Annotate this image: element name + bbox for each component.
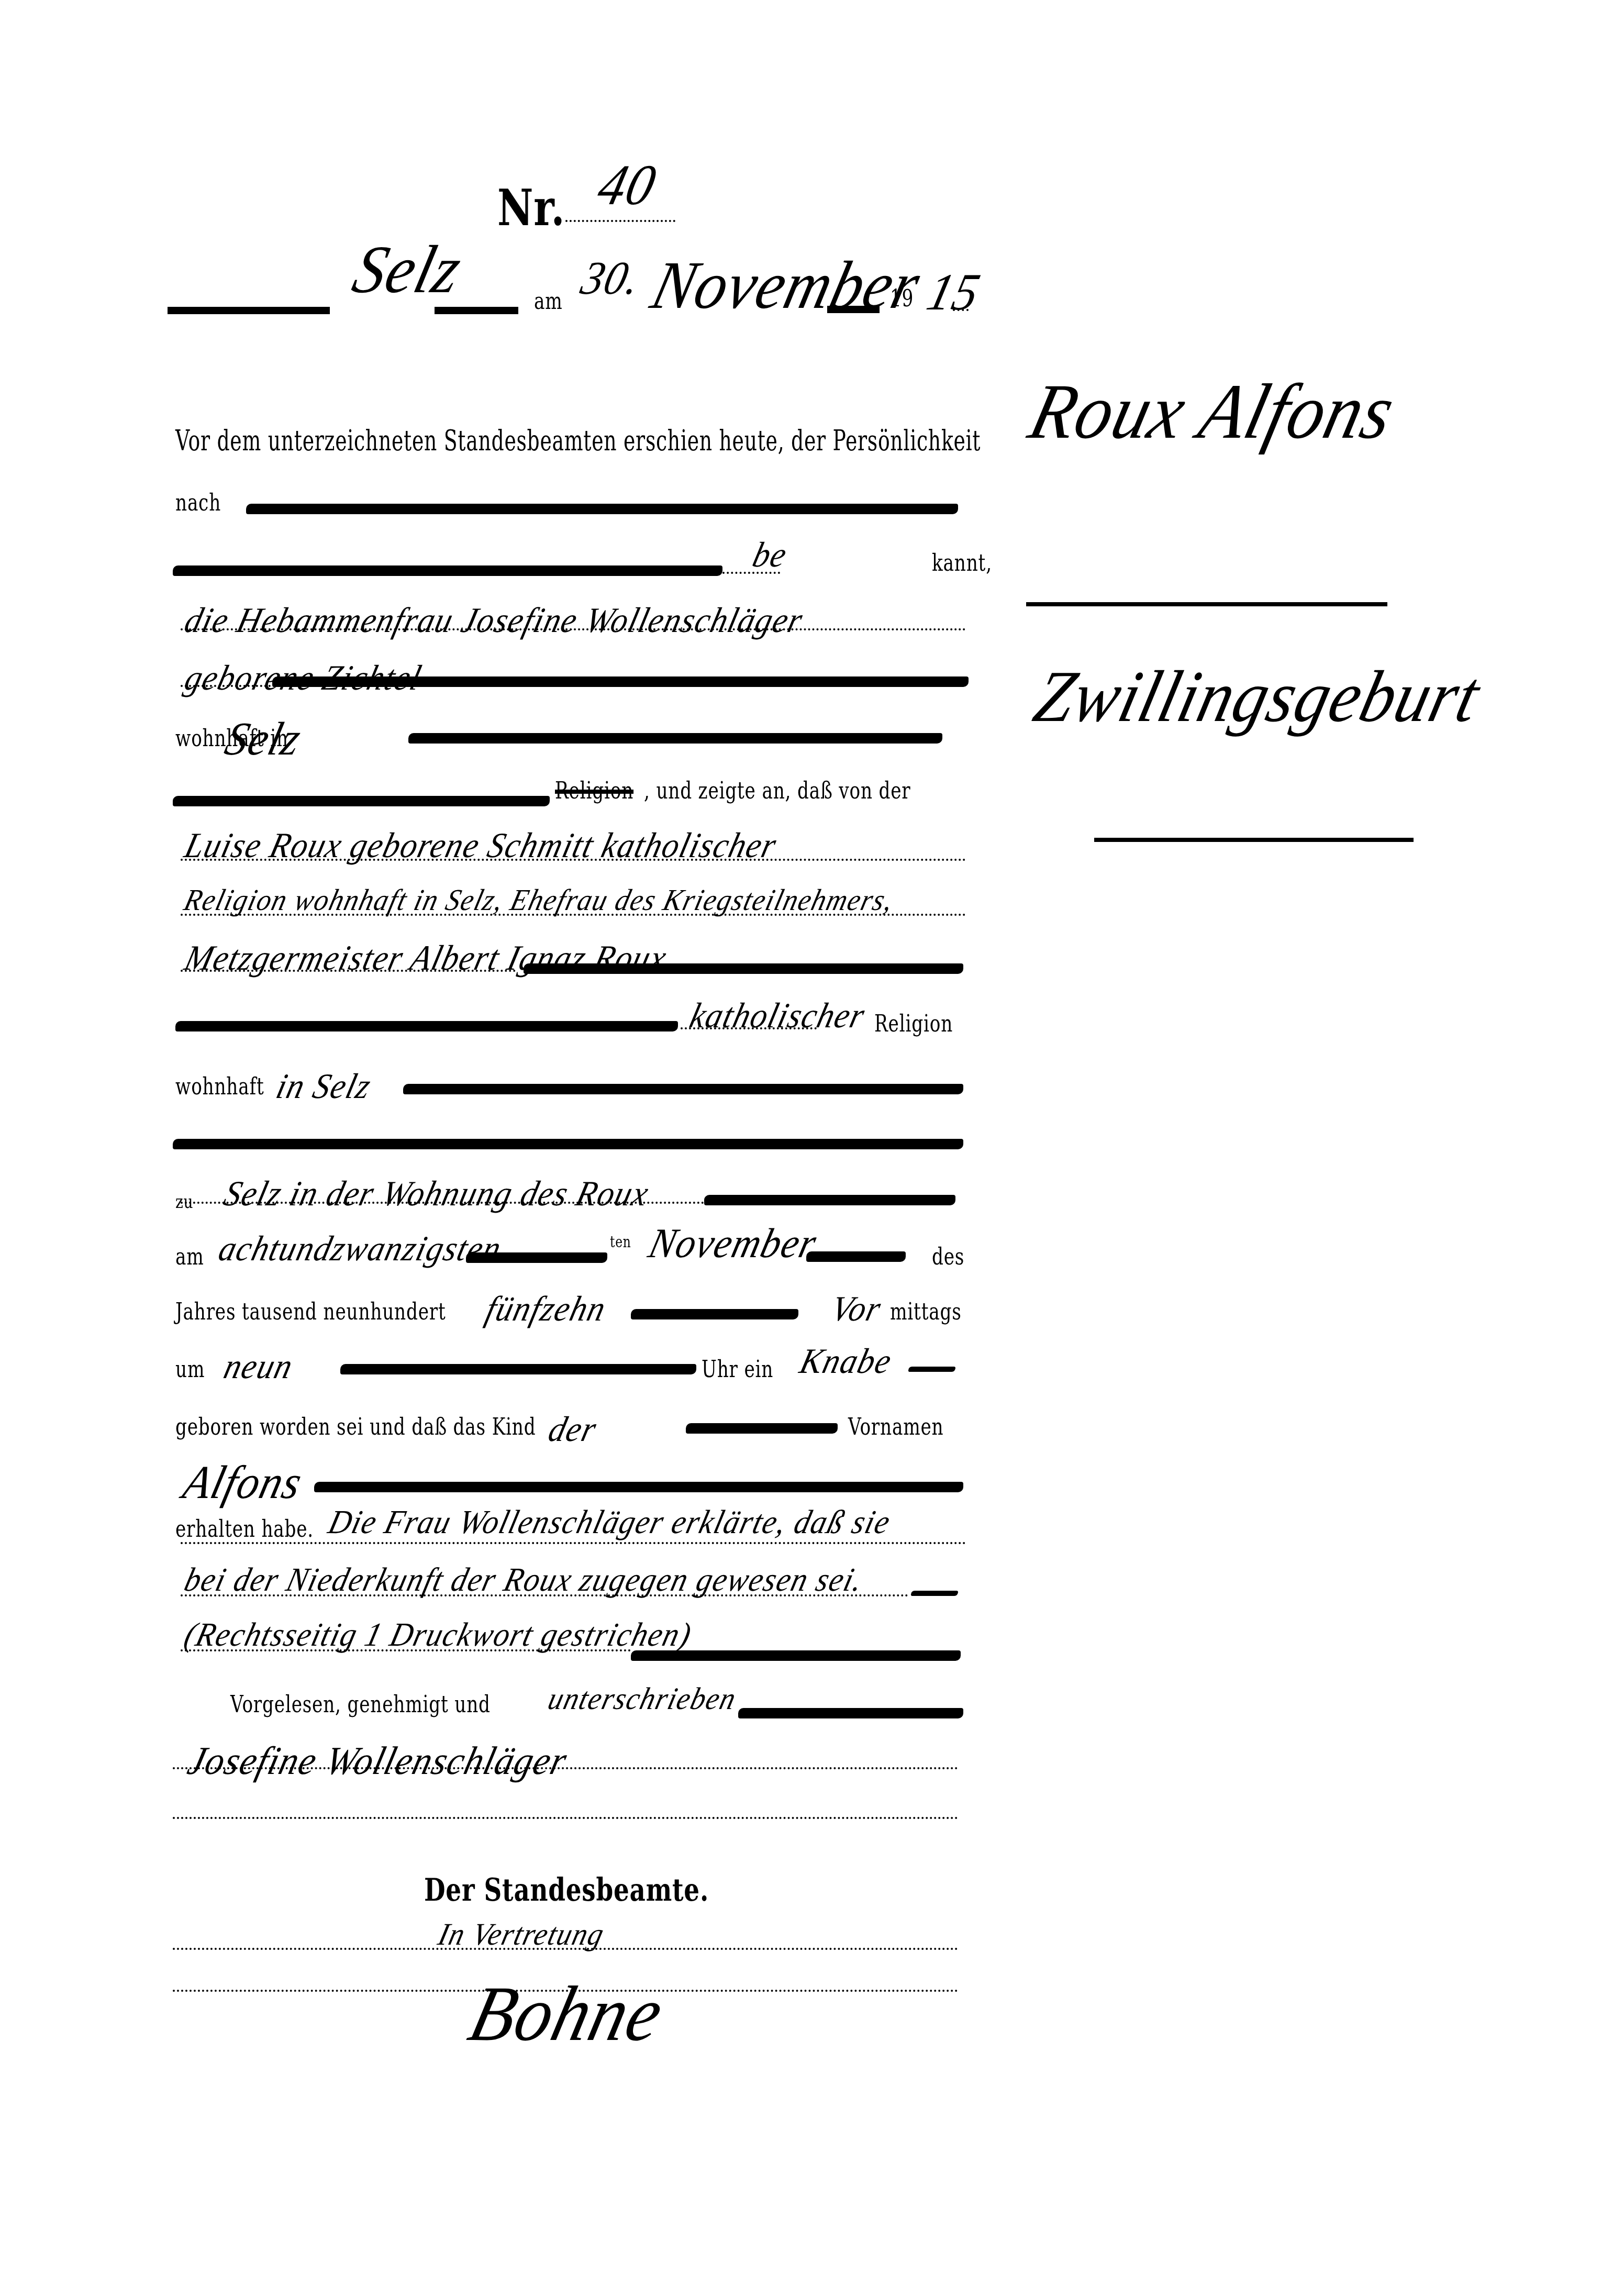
kind-value: der: [544, 1408, 602, 1450]
uhr-ein-label: Uhr ein: [702, 1356, 773, 1383]
signature-dotted-line-1: [173, 1767, 958, 1769]
nach-label: nach: [175, 490, 221, 516]
remark-line-3: (Rechtsseitig 1 Druckwort gestrichen): [181, 1615, 696, 1654]
given-name-cancel-bar: [314, 1482, 963, 1492]
number-dotted-line: [565, 220, 675, 222]
kannt-label: kannt,: [932, 550, 992, 576]
date-day: 30.: [576, 251, 647, 305]
remark-line-2: bei der Niederkunft der Roux zugegen gew…: [181, 1560, 867, 1599]
kannt-prefix: be: [749, 534, 792, 575]
gender-cancel-bar: [908, 1367, 955, 1372]
year-prefix: 19: [890, 285, 914, 312]
wohnhaft2-value: in Selz: [272, 1066, 376, 1107]
official-signature-line-1: In Vertretung: [435, 1916, 608, 1953]
nach-cancel-bar: [246, 504, 958, 514]
religion-label: Religion: [874, 1011, 953, 1037]
kind-cancel-bar: [686, 1423, 838, 1434]
year-dotted-line: [953, 309, 969, 311]
official-dotted-line-2: [173, 1990, 958, 1992]
des-label: des: [932, 1244, 964, 1270]
informant-line-1: die Hebammenfrau Josefine Wollenschläger: [181, 600, 808, 641]
geboren-label: geboren worden sei und daß das Kind: [175, 1414, 536, 1440]
zu-value: Selz in der Wohnung des Roux: [220, 1173, 653, 1214]
informant-dotted-line-1: [181, 628, 966, 630]
official-signature-line-2: Bohne: [461, 1969, 673, 2059]
margin-child-name: Roux Alfons: [1021, 367, 1404, 457]
informant-signature: Josefine Wollenschläger: [183, 1738, 572, 1784]
am-value: achtundzwanzigsten: [215, 1228, 506, 1269]
remark-line-1: Die Frau Wollenschläger erklärte, daß si…: [325, 1503, 895, 1541]
month-value: November: [644, 1220, 822, 1268]
father-religion-value: katholischer: [686, 995, 870, 1036]
wohnhaft-cancel-bar: [408, 733, 942, 744]
informant-cancel-bar: [272, 676, 969, 687]
given-name-value: Alfons: [178, 1456, 308, 1510]
header-rule-mid: [435, 307, 518, 314]
header-rule-left: [168, 307, 330, 314]
month-cancel-bar: [806, 1251, 906, 1262]
blank-line-cancel-bar: [173, 1139, 963, 1149]
vorgelesen-cancel-bar: [738, 1708, 963, 1718]
margin-rule-1: [1026, 602, 1387, 606]
jahres-label: Jahres tausend neunhundert: [175, 1299, 446, 1325]
erhalten-label: erhalten habe.: [175, 1516, 314, 1543]
mother-dotted-line-1: [181, 859, 966, 861]
official-dotted-line-1: [173, 1948, 958, 1950]
mother-cancel-bar: [524, 963, 963, 974]
um-cancel-bar: [340, 1364, 696, 1374]
kannt-cancel-bar: [173, 565, 722, 576]
mother-line-2: Religion wohnhaft in Selz, Ehefrau des K…: [181, 882, 898, 917]
religion-struck: Religion: [555, 778, 633, 804]
register-number-value: 40: [592, 152, 663, 218]
vornamen-label: Vornamen: [848, 1414, 943, 1440]
father-cancel-bar: [175, 1021, 678, 1031]
intro-line: Vor dem unterzeichneten Standesbeamten e…: [175, 424, 981, 457]
remark-dotted-line-3: [181, 1649, 631, 1651]
vorgelesen-label: Vorgelesen, genehmigt und: [230, 1691, 491, 1718]
remark-cancel-bar-3: [631, 1650, 961, 1661]
year-suffix: 15: [921, 262, 986, 322]
am-label: am: [175, 1244, 204, 1270]
official-title: Der Standesbeamte.: [424, 1872, 709, 1909]
zeigte-an-text: , und zeigte an, daß von der: [644, 778, 910, 804]
wohnhaft-value: Selz: [220, 712, 307, 766]
religion-cancel-bar: [173, 796, 550, 806]
mother-dotted-line-2: [181, 914, 966, 916]
date-month: November: [644, 246, 929, 325]
zu-cancel-bar: [704, 1195, 955, 1205]
gender-value: Knabe: [796, 1340, 896, 1382]
zu-dotted-line: [181, 1202, 704, 1204]
remark-cancel-bar-2: [911, 1591, 958, 1596]
remark-dotted-line-2: [181, 1594, 908, 1596]
jahres-cancel-bar: [631, 1309, 798, 1319]
informant-dotted-line-2: [181, 685, 275, 687]
jahres-value: fünfzehn: [482, 1288, 610, 1329]
remark-dotted-line-1: [181, 1542, 966, 1544]
register-number-label: Nr.: [497, 178, 565, 237]
wohnhaft2-cancel-bar: [403, 1084, 963, 1094]
father-religion-dotted: [681, 1027, 817, 1029]
vorgelesen-value: unterschrieben: [544, 1681, 740, 1717]
margin-rule-2: [1094, 838, 1414, 842]
mother-dotted-line-3: [181, 970, 516, 972]
wohnhaft2-label: wohnhaft: [175, 1073, 264, 1100]
um-label: um: [175, 1356, 205, 1383]
date-prefix: am: [534, 288, 563, 315]
vor-value: Vor: [827, 1288, 886, 1329]
am-cancel-bar: [466, 1252, 607, 1263]
mittags-label: mittags: [890, 1299, 962, 1325]
ten-label: ten: [610, 1233, 631, 1251]
um-value: neun: [220, 1346, 298, 1387]
signature-dotted-line-2: [173, 1817, 958, 1819]
place-value: Selz: [346, 230, 470, 309]
margin-note: Zwillingsgeburt: [1026, 655, 1489, 739]
header-rule-right: [827, 306, 880, 313]
kannt-dotted-line: [722, 572, 780, 574]
